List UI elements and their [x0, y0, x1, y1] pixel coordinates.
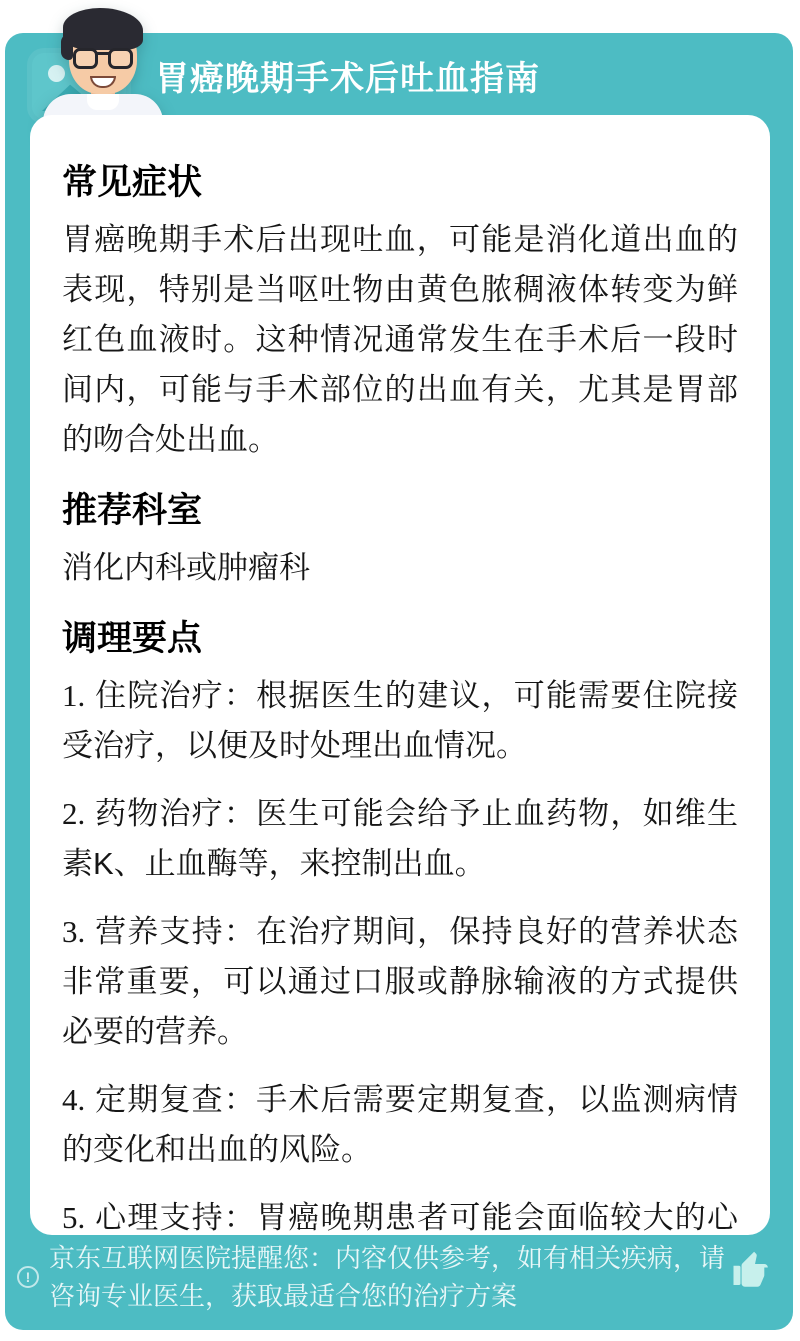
- disclaimer-text: 京东互联网医院提醒您：内容仅供参考，如有相关疾病，请咨询专业医生，获取最适合您的…: [49, 1239, 725, 1315]
- header: 胃癌晚期手术后吐血指南: [5, 33, 793, 115]
- footer: ! 京东互联网医院提醒您：内容仅供参考，如有相关疾病，请咨询专业医生，获取最适合…: [17, 1239, 773, 1315]
- section-heading-care-points: 调理要点: [62, 611, 738, 661]
- care-point-3-number: 3.: [62, 914, 85, 949]
- section-heading-symptoms: 常见症状: [62, 155, 738, 205]
- care-point-4-text: 定期复查：手术后需要定期复查，以监测病情的变化和出血的风险。: [62, 1082, 738, 1167]
- care-point-3-text: 营养支持：在治疗期间，保持良好的营养状态非常重要，可以通过口服或静脉输液的方式提…: [62, 914, 738, 1049]
- care-point-1-number: 1.: [62, 678, 85, 713]
- care-point-2-number: 2.: [62, 796, 85, 831]
- avatar-collar: [87, 94, 119, 110]
- care-point-4: 4. 定期复查：手术后需要定期复查，以监测病情的变化和出血的风险。: [62, 1075, 738, 1175]
- avatar-lens-right: [108, 48, 133, 69]
- avatar-hair-side: [61, 34, 73, 60]
- info-icon: !: [17, 1266, 39, 1288]
- screen: 胃癌晚期手术后吐血指南 常见症状 胃癌晚期手术后出现吐血，可能是消化道出血的表现…: [0, 0, 800, 1341]
- thumbs-up-icon[interactable]: [729, 1250, 773, 1292]
- section-heading-department: 推荐科室: [62, 483, 738, 533]
- main-panel: 胃癌晚期手术后吐血指南 常见症状 胃癌晚期手术后出现吐血，可能是消化道出血的表现…: [5, 33, 793, 1330]
- avatar-glasses: [73, 48, 133, 70]
- care-point-4-number: 4.: [62, 1082, 85, 1117]
- avatar-hair: [63, 8, 143, 50]
- symptoms-paragraph: 胃癌晚期手术后出现吐血，可能是消化道出血的表现，特别是当呕吐物由黄色脓稠液体转变…: [62, 215, 738, 465]
- content-card: 常见症状 胃癌晚期手术后出现吐血，可能是消化道出血的表现，特别是当呕吐物由黄色脓…: [30, 115, 770, 1235]
- care-point-2-text: 药物治疗：医生可能会给予止血药物，如维生素K、止血酶等，来控制出血。: [62, 796, 738, 881]
- care-point-1-text: 住院治疗：根据医生的建议，可能需要住院接受治疗，以便及时处理出血情况。: [62, 678, 738, 763]
- page-title: 胃癌晚期手术后吐血指南: [155, 51, 540, 100]
- care-point-5-number: 5.: [62, 1200, 85, 1235]
- care-point-1: 1. 住院治疗：根据医生的建议，可能需要住院接受治疗，以便及时处理出血情况。: [62, 671, 738, 771]
- care-point-3: 3. 营养支持：在治疗期间，保持良好的营养状态非常重要，可以通过口服或静脉输液的…: [62, 907, 738, 1057]
- care-point-5: 5. 心理支持：胃癌晚期患者可能会面临较大的心理压力，家人和朋友的支持以及专业的…: [62, 1193, 738, 1235]
- care-point-5-text: 心理支持：胃癌晚期患者可能会面临较大的心理压力，家人和朋友的支持以及专业的心理咨…: [62, 1200, 738, 1235]
- department-paragraph: 消化内科或肿瘤科: [62, 543, 738, 593]
- care-point-2: 2. 药物治疗：医生可能会给予止血药物，如维生素K、止血酶等，来控制出血。: [62, 789, 738, 889]
- avatar-lens-left: [73, 48, 98, 69]
